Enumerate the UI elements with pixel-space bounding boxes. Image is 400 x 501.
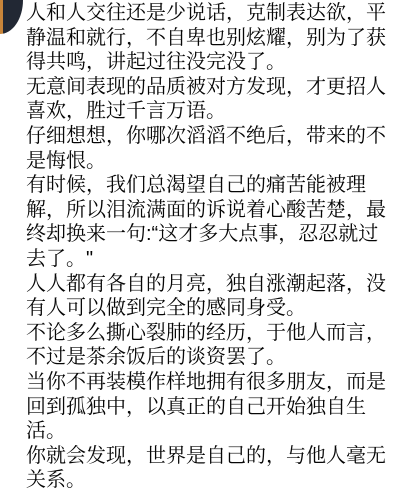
post-paragraph: 你就会发现，世界是自己的，与他人毫无关系。 (26, 444, 392, 493)
post-paragraph: 人和人交往还是少说话，克制表达欲，平静温和就行，不自卑也别炫耀，别为了获得共鸣，… (26, 1, 392, 75)
post-paragraph: 有时候，我们总渴望自己的痛苦能被理解，所以泪流满面的诉说着心酸苦楚，最终却换来一… (26, 173, 392, 271)
avatar[interactable] (0, 0, 23, 34)
post-paragraph: 当你不再装模作样地拥有很多朋友，而是回到孤独中，以真正的自己开始独自生活。 (26, 370, 392, 444)
post-paragraph: 人人都有各自的月亮，独自涨潮起落，没有人可以做到完全的感同身受。 (26, 272, 392, 321)
post-paragraph: 仔细想想，你哪次滔滔不绝后，带来的不是悔恨。 (26, 124, 392, 173)
post-body: 人和人交往还是少说话，克制表达欲，平静温和就行，不自卑也别炫耀，别为了获得共鸣，… (26, 1, 392, 493)
post-paragraph: 无意间表现的品质被对方发现，才更招人喜欢，胜过千言万语。 (26, 75, 392, 124)
post-paragraph: 不论多么撕心裂肺的经历，于他人而言，不过是茶余饭后的谈资罢了。 (26, 321, 392, 370)
